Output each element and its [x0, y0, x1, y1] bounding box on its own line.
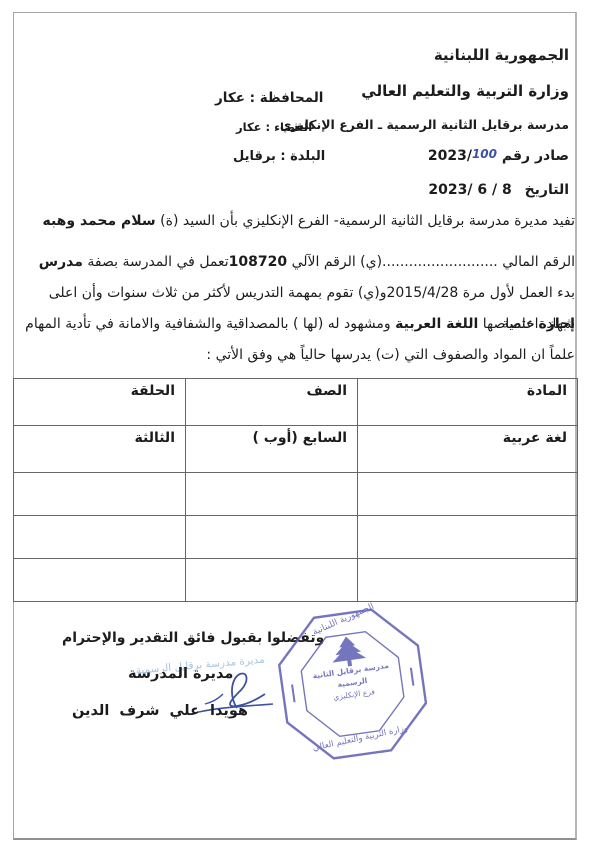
republic-heading: الجمهورية اللبنانية	[434, 46, 569, 64]
issued-number-line: صادر رقم 1002023/	[428, 148, 569, 164]
specialty-text: اختصاصها	[478, 316, 538, 332]
date-line: التاريخ 2023/ 6 / 8	[428, 182, 569, 198]
auto-number: 108720	[229, 254, 287, 270]
works-as-text: تعمل في المدرسة بصفة	[83, 254, 229, 270]
teacher-name: سلام محمد وهبه	[42, 213, 155, 229]
town-label: البلدة : برقايل	[233, 149, 325, 164]
specialty-subject: اللغة العربية	[395, 316, 478, 332]
table-header-row: المادة الصف الحلقة	[14, 379, 578, 426]
district-label: القضاء : عكار	[236, 120, 312, 134]
official-stamp: الجمهورية اللبنانية مدرسة برقايل الثانية…	[256, 595, 451, 780]
issued-year: 2023/	[428, 148, 472, 164]
table-row: لغة عربية السابع (أوب ) الثالثة	[14, 426, 578, 473]
degree-word: إجازة	[539, 316, 575, 332]
table-row-empty	[14, 559, 578, 602]
issued-number-handwritten: 100	[472, 147, 497, 161]
role-word: مدرس	[39, 254, 83, 270]
governorate-label: المحافظة : عكار	[215, 90, 323, 106]
document-page: الجمهورية اللبنانية وزارة التربية والتعل…	[0, 0, 589, 861]
cedar-tree-icon	[329, 634, 367, 668]
certification-paragraph: تفيد مديرة مدرسة برقايل الثانية الرسمية-…	[18, 206, 575, 237]
header-class: الصف	[186, 379, 358, 426]
date-value: 2023/ 6 / 8	[428, 182, 511, 198]
qualification-paragraph: إجازةاختصاصها اللغة العربية ومشهود له (ل…	[18, 309, 575, 371]
subjects-table: المادة الصف الحلقة لغة عربية السابع (أوب…	[13, 378, 578, 602]
financial-number-text: الرقم المالي ..........................(…	[287, 254, 575, 270]
table-row-empty	[14, 516, 578, 559]
principal-name: هويدا علي شرف الدين	[72, 703, 248, 719]
date-label: التاريخ	[525, 182, 569, 198]
cell-subject: لغة عربية	[358, 426, 578, 473]
header-subject: المادة	[358, 379, 578, 426]
ministry-heading: وزارة التربية والتعليم العالي	[361, 82, 569, 100]
cell-class: السابع (أوب )	[186, 426, 358, 473]
header-cycle: الحلقة	[14, 379, 186, 426]
table-row-empty	[14, 473, 578, 516]
cell-cycle: الثالثة	[14, 426, 186, 473]
school-name: مدرسة برقايل الثانية الرسمية ـ الفرع الإ…	[280, 117, 569, 132]
issued-label: صادر رقم	[502, 148, 569, 164]
certification-text: تفيد مديرة مدرسة برقايل الثانية الرسمية-…	[156, 213, 575, 229]
